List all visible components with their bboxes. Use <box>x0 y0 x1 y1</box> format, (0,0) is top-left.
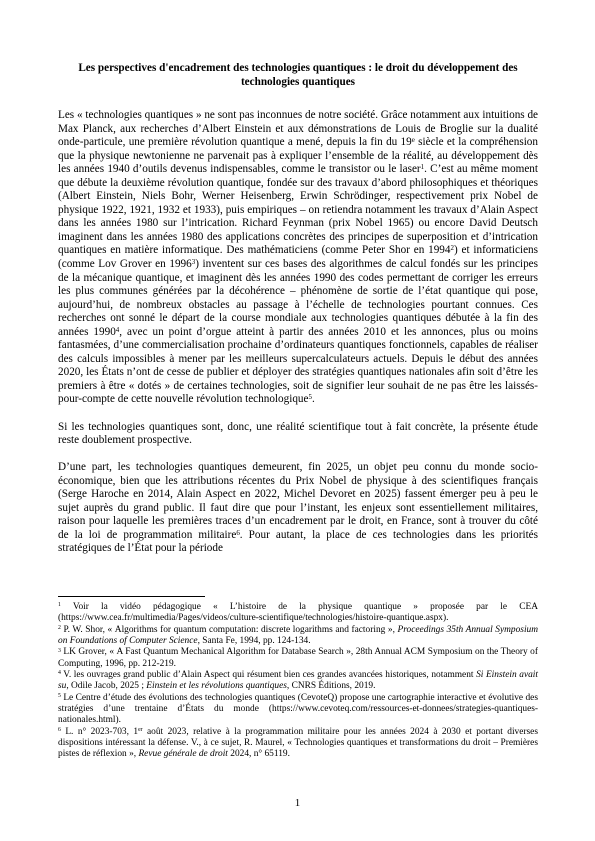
document-title: Les perspectives d'encadrement des techn… <box>58 62 538 89</box>
page-number: 1 <box>0 797 595 809</box>
footnote-5: 5 Le Centre d’étude des évolutions des t… <box>58 693 538 727</box>
document-page: Les perspectives d'encadrement des techn… <box>0 0 595 841</box>
body-paragraph-2: Si les technologies quantiques sont, don… <box>58 421 538 448</box>
page-content: Les perspectives d'encadrement des techn… <box>58 62 538 597</box>
footnotes-section: 1 Voir la vidéo pédagogique « L’histoire… <box>58 596 538 761</box>
footnote-separator <box>58 596 205 597</box>
footnote-3: 3 LK Grover, « A Fast Quantum Mechanical… <box>58 647 538 670</box>
footnote-6: 6 L. n° 2023-703, 1er août 2023, relativ… <box>58 727 538 761</box>
body-paragraph-1: Les « technologies quantiques » ne sont … <box>58 109 538 407</box>
footnote-4: 4 V. les ouvrages grand public d’Alain A… <box>58 670 538 693</box>
body-text: Les « technologies quantiques » ne sont … <box>58 109 538 556</box>
footnote-1: 1 Voir la vidéo pédagogique « L’histoire… <box>58 602 538 625</box>
body-paragraph-3: D’une part, les technologies quantiques … <box>58 461 538 556</box>
footnote-2: 2 P. W. Shor, « Algorithms for quantum c… <box>58 625 538 648</box>
